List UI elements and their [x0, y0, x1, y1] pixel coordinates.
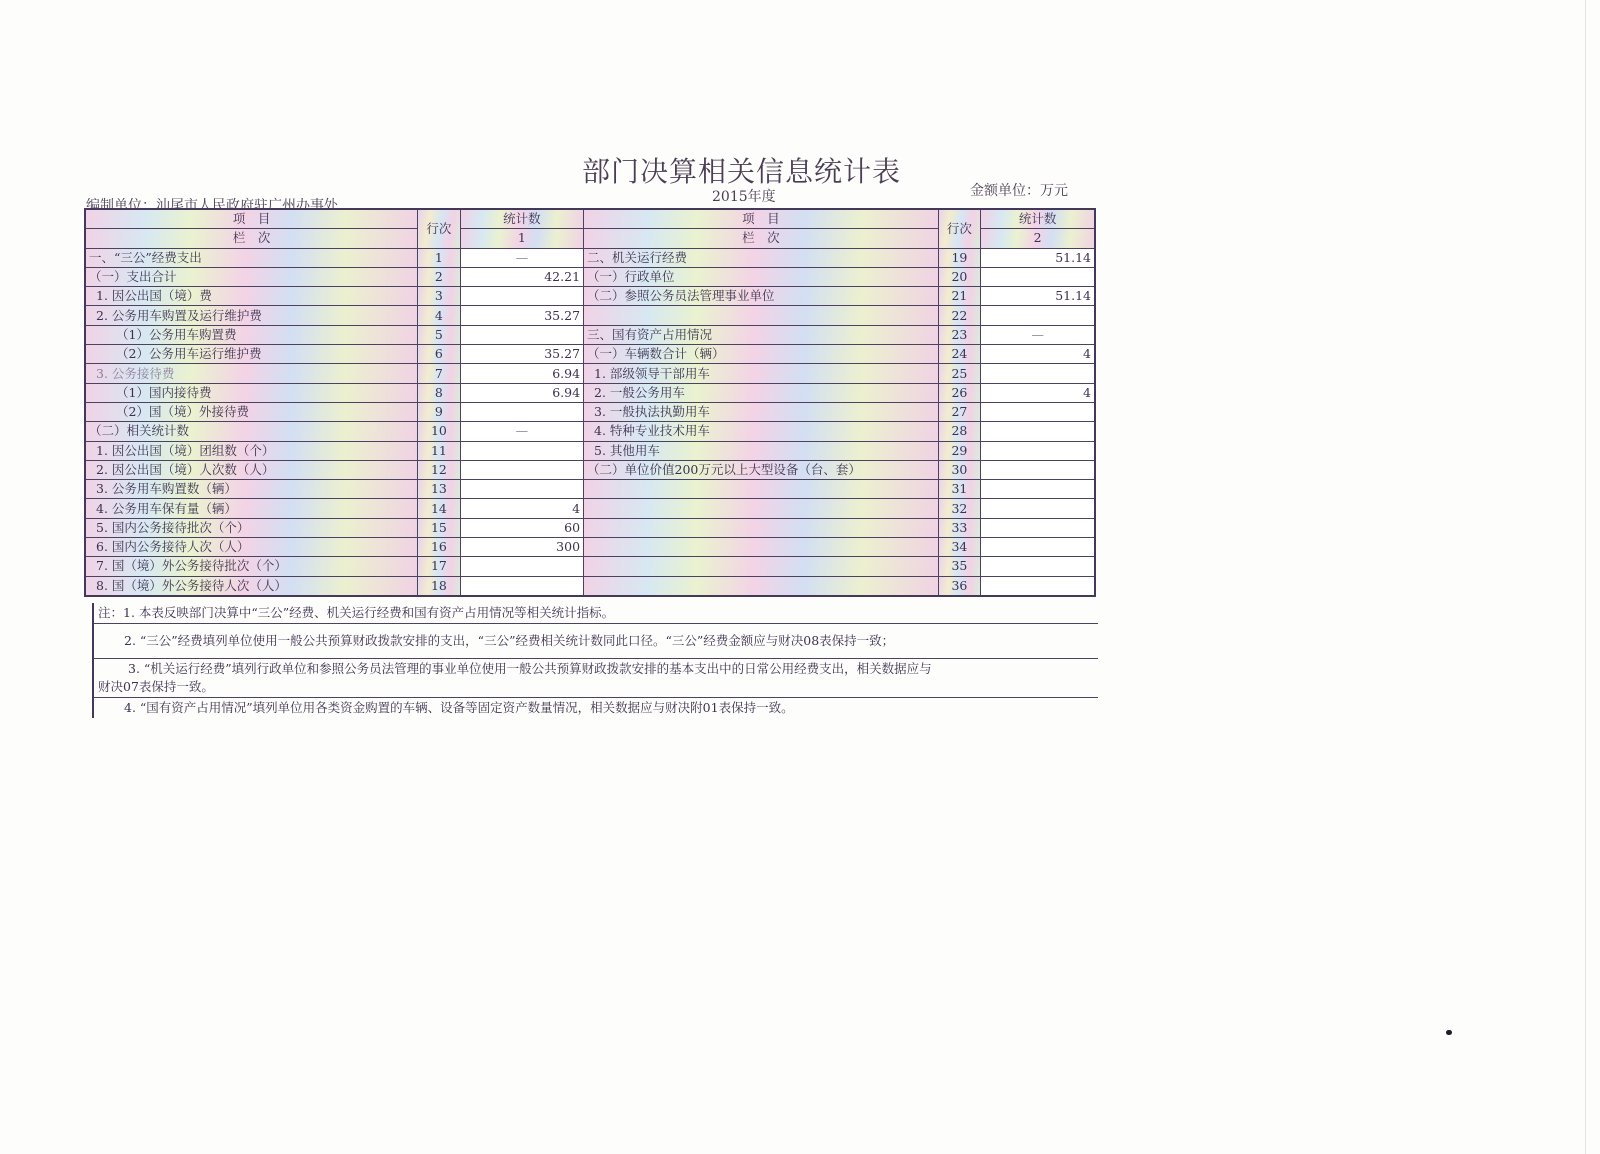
left-stat-value [460, 441, 583, 460]
right-stat-value [981, 460, 1095, 479]
right-stat-value [981, 538, 1095, 557]
right-item-label [584, 480, 939, 499]
document-title: 部门决算相关信息统计表 [582, 150, 901, 190]
left-item-label: （二）相关统计数 [85, 422, 418, 441]
right-stat-value [981, 557, 1095, 576]
right-item-label: 2. 一般公务用车 [584, 383, 939, 402]
left-stat-value: 60 [460, 518, 583, 537]
right-stat-value: 51.14 [981, 287, 1095, 306]
left-row-number: 17 [418, 557, 461, 576]
header-column-index-left: 栏 次 [85, 229, 418, 248]
left-row-number: 15 [418, 518, 461, 537]
page-edge [1585, 0, 1586, 1154]
left-item-label: 3. 公务接待费 [85, 364, 418, 383]
table-row: 8. 国（境）外公务接待人次（人）1836 [85, 576, 1095, 596]
right-row-number: 29 [938, 441, 981, 460]
note-3-cont: 财决07表保持一致。 [98, 678, 1094, 696]
left-stat-value [460, 557, 583, 576]
left-stat-value: 42.21 [460, 267, 583, 286]
left-stat-value: 35.27 [460, 345, 583, 364]
right-stat-value [981, 267, 1095, 286]
right-item-label [584, 557, 939, 576]
left-stat-value [460, 576, 583, 596]
right-stat-value [981, 576, 1095, 596]
right-stat-value [981, 441, 1095, 460]
right-stat-value [981, 518, 1095, 537]
left-row-number: 16 [418, 538, 461, 557]
left-row-number: 14 [418, 499, 461, 518]
table-row: 3. 公务用车购置数（辆）1331 [85, 480, 1095, 499]
left-row-number: 3 [418, 287, 461, 306]
right-item-label: （一）车辆数合计（辆） [584, 345, 939, 364]
right-row-number: 21 [938, 287, 981, 306]
header-stat-right: 统计数 [981, 209, 1095, 229]
left-row-number: 5 [418, 325, 461, 344]
right-stat-value: 51.14 [981, 248, 1095, 267]
header-row-no-left: 行次 [418, 209, 461, 248]
right-item-label: 1. 部级领导干部用车 [584, 364, 939, 383]
right-stat-value [981, 422, 1095, 441]
left-item-label: （1）公务用车购置费 [85, 325, 418, 344]
header-item-right: 项 目 [584, 209, 939, 229]
left-stat-value [460, 287, 583, 306]
header-col2: 2 [981, 229, 1095, 248]
left-item-label: 一、“三公”经费支出 [85, 248, 418, 267]
note-2: 2. “三公”经费填列单位使用一般公共预算财政拨款安排的支出，“三公”经费相关统… [94, 624, 1098, 659]
right-stat-value: 4 [981, 345, 1095, 364]
right-stat-value: 4 [981, 383, 1095, 402]
left-item-label: （1）国内接待费 [85, 383, 418, 402]
table-row: 2. 公务用车购置及运行维护费435.2722 [85, 306, 1095, 325]
right-row-number: 36 [938, 576, 981, 596]
right-item-label: 3. 一般执法执勤用车 [584, 402, 939, 421]
table-row: 2. 因公出国（境）人次数（人）12（二）单位价值200万元以上大型设备（台、套… [85, 460, 1095, 479]
left-item-label: 3. 公务用车购置数（辆） [85, 480, 418, 499]
table-row: 7. 国（境）外公务接待批次（个）1735 [85, 557, 1095, 576]
right-item-label: 4. 特种专业技术用车 [584, 422, 939, 441]
right-row-number: 23 [938, 325, 981, 344]
right-row-number: 19 [938, 248, 981, 267]
right-item-label: 二、机关运行经费 [584, 248, 939, 267]
left-stat-value [460, 480, 583, 499]
right-item-label [584, 499, 939, 518]
right-row-number: 27 [938, 402, 981, 421]
right-row-number: 31 [938, 480, 981, 499]
left-item-label: 6. 国内公务接待人次（人） [85, 538, 418, 557]
table-row: 4. 公务用车保有量（辆）14432 [85, 499, 1095, 518]
header-column-index-right: 栏 次 [584, 229, 939, 248]
right-stat-value: — [981, 325, 1095, 344]
statistics-table: 项 目 行次 统计数 项 目 行次 统计数 栏 次 1 栏 次 2 一、“三公”… [84, 208, 1096, 597]
left-stat-value [460, 460, 583, 479]
right-stat-value [981, 480, 1095, 499]
table-row: （2）国（境）外接待费93. 一般执法执勤用车27 [85, 402, 1095, 421]
left-stat-value: 300 [460, 538, 583, 557]
left-item-label: （一）支出合计 [85, 267, 418, 286]
table-row: （1）公务用车购置费5三、国有资产占用情况23— [85, 325, 1095, 344]
right-item-label [584, 538, 939, 557]
right-row-number: 28 [938, 422, 981, 441]
right-row-number: 20 [938, 267, 981, 286]
right-row-number: 24 [938, 345, 981, 364]
left-row-number: 18 [418, 576, 461, 596]
left-item-label: 5. 国内公务接待批次（个） [85, 518, 418, 537]
amount-unit-label: 金额单位：万元 [970, 180, 1068, 200]
left-item-label: 1. 因公出国（境）团组数（个） [85, 441, 418, 460]
left-row-number: 7 [418, 364, 461, 383]
left-stat-value [460, 325, 583, 344]
right-row-number: 32 [938, 499, 981, 518]
left-item-label: （2）国（境）外接待费 [85, 402, 418, 421]
note-3-block: 3. “机关运行经费”填列行政单位和参照公务员法管理的事业单位使用一般公共预算财… [94, 659, 1098, 698]
left-row-number: 1 [418, 248, 461, 267]
right-row-number: 22 [938, 306, 981, 325]
right-item-label: 5. 其他用车 [584, 441, 939, 460]
left-stat-value: 6.94 [460, 383, 583, 402]
left-stat-value: 35.27 [460, 306, 583, 325]
header-col1: 1 [460, 229, 583, 248]
left-row-number: 6 [418, 345, 461, 364]
left-row-number: 11 [418, 441, 461, 460]
left-stat-value: — [460, 248, 583, 267]
note-1: 注：1. 本表反映部门决算中“三公”经费、机关运行经费和国有资产占用情况等相关统… [94, 603, 1098, 624]
note-3: 3. “机关运行经费”填列行政单位和参照公务员法管理的事业单位使用一般公共预算财… [98, 660, 1094, 678]
header-row-no-right: 行次 [938, 209, 981, 248]
left-row-number: 12 [418, 460, 461, 479]
table-row: （二）相关统计数10—4. 特种专业技术用车28 [85, 422, 1095, 441]
right-row-number: 30 [938, 460, 981, 479]
note-4: 4. “国有资产占用情况”填列单位用各类资金购置的车辆、设备等固定资产数量情况，… [94, 698, 1098, 718]
right-item-label [584, 518, 939, 537]
left-row-number: 2 [418, 267, 461, 286]
table-row: 一、“三公”经费支出1—二、机关运行经费1951.14 [85, 248, 1095, 267]
right-stat-value [981, 402, 1095, 421]
table-row: 1. 因公出国（境）费3（二）参照公务员法管理事业单位2151.14 [85, 287, 1095, 306]
right-item-label [584, 306, 939, 325]
left-row-number: 8 [418, 383, 461, 402]
header-stat-left: 统计数 [460, 209, 583, 229]
table-row: 6. 国内公务接待人次（人）1630034 [85, 538, 1095, 557]
right-row-number: 26 [938, 383, 981, 402]
left-row-number: 4 [418, 306, 461, 325]
right-stat-value [981, 364, 1095, 383]
table-row: （1）国内接待费86.942. 一般公务用车264 [85, 383, 1095, 402]
left-stat-value: 6.94 [460, 364, 583, 383]
right-row-number: 34 [938, 538, 981, 557]
left-row-number: 9 [418, 402, 461, 421]
notes-section: 注：1. 本表反映部门决算中“三公”经费、机关运行经费和国有资产占用情况等相关统… [92, 603, 1098, 718]
table-row: （2）公务用车运行维护费635.27（一）车辆数合计（辆）244 [85, 345, 1095, 364]
right-stat-value [981, 306, 1095, 325]
left-row-number: 10 [418, 422, 461, 441]
right-row-number: 33 [938, 518, 981, 537]
right-item-label: （一）行政单位 [584, 267, 939, 286]
left-item-label: （2）公务用车运行维护费 [85, 345, 418, 364]
right-item-label: （二）参照公务员法管理事业单位 [584, 287, 939, 306]
table-row: 5. 国内公务接待批次（个）156033 [85, 518, 1095, 537]
right-row-number: 25 [938, 364, 981, 383]
right-item-label [584, 576, 939, 596]
right-stat-value [981, 499, 1095, 518]
left-row-number: 13 [418, 480, 461, 499]
table-row: 3. 公务接待费76.941. 部级领导干部用车25 [85, 364, 1095, 383]
document-year: 2015年度 [712, 186, 776, 206]
left-item-label: 2. 公务用车购置及运行维护费 [85, 306, 418, 325]
left-item-label: 1. 因公出国（境）费 [85, 287, 418, 306]
table-row: （一）支出合计242.21（一）行政单位20 [85, 267, 1095, 286]
left-item-label: 8. 国（境）外公务接待人次（人） [85, 576, 418, 596]
left-stat-value [460, 402, 583, 421]
header-row-1: 项 目 行次 统计数 项 目 行次 统计数 [85, 209, 1095, 229]
table-row: 1. 因公出国（境）团组数（个）115. 其他用车29 [85, 441, 1095, 460]
left-stat-value: 4 [460, 499, 583, 518]
left-stat-value: — [460, 422, 583, 441]
left-item-label: 7. 国（境）外公务接待批次（个） [85, 557, 418, 576]
scan-speck [1446, 1030, 1452, 1035]
right-item-label: （二）单位价值200万元以上大型设备（台、套） [584, 460, 939, 479]
right-row-number: 35 [938, 557, 981, 576]
left-item-label: 2. 因公出国（境）人次数（人） [85, 460, 418, 479]
right-item-label: 三、国有资产占用情况 [584, 325, 939, 344]
header-item-left: 项 目 [85, 209, 418, 229]
left-item-label: 4. 公务用车保有量（辆） [85, 499, 418, 518]
